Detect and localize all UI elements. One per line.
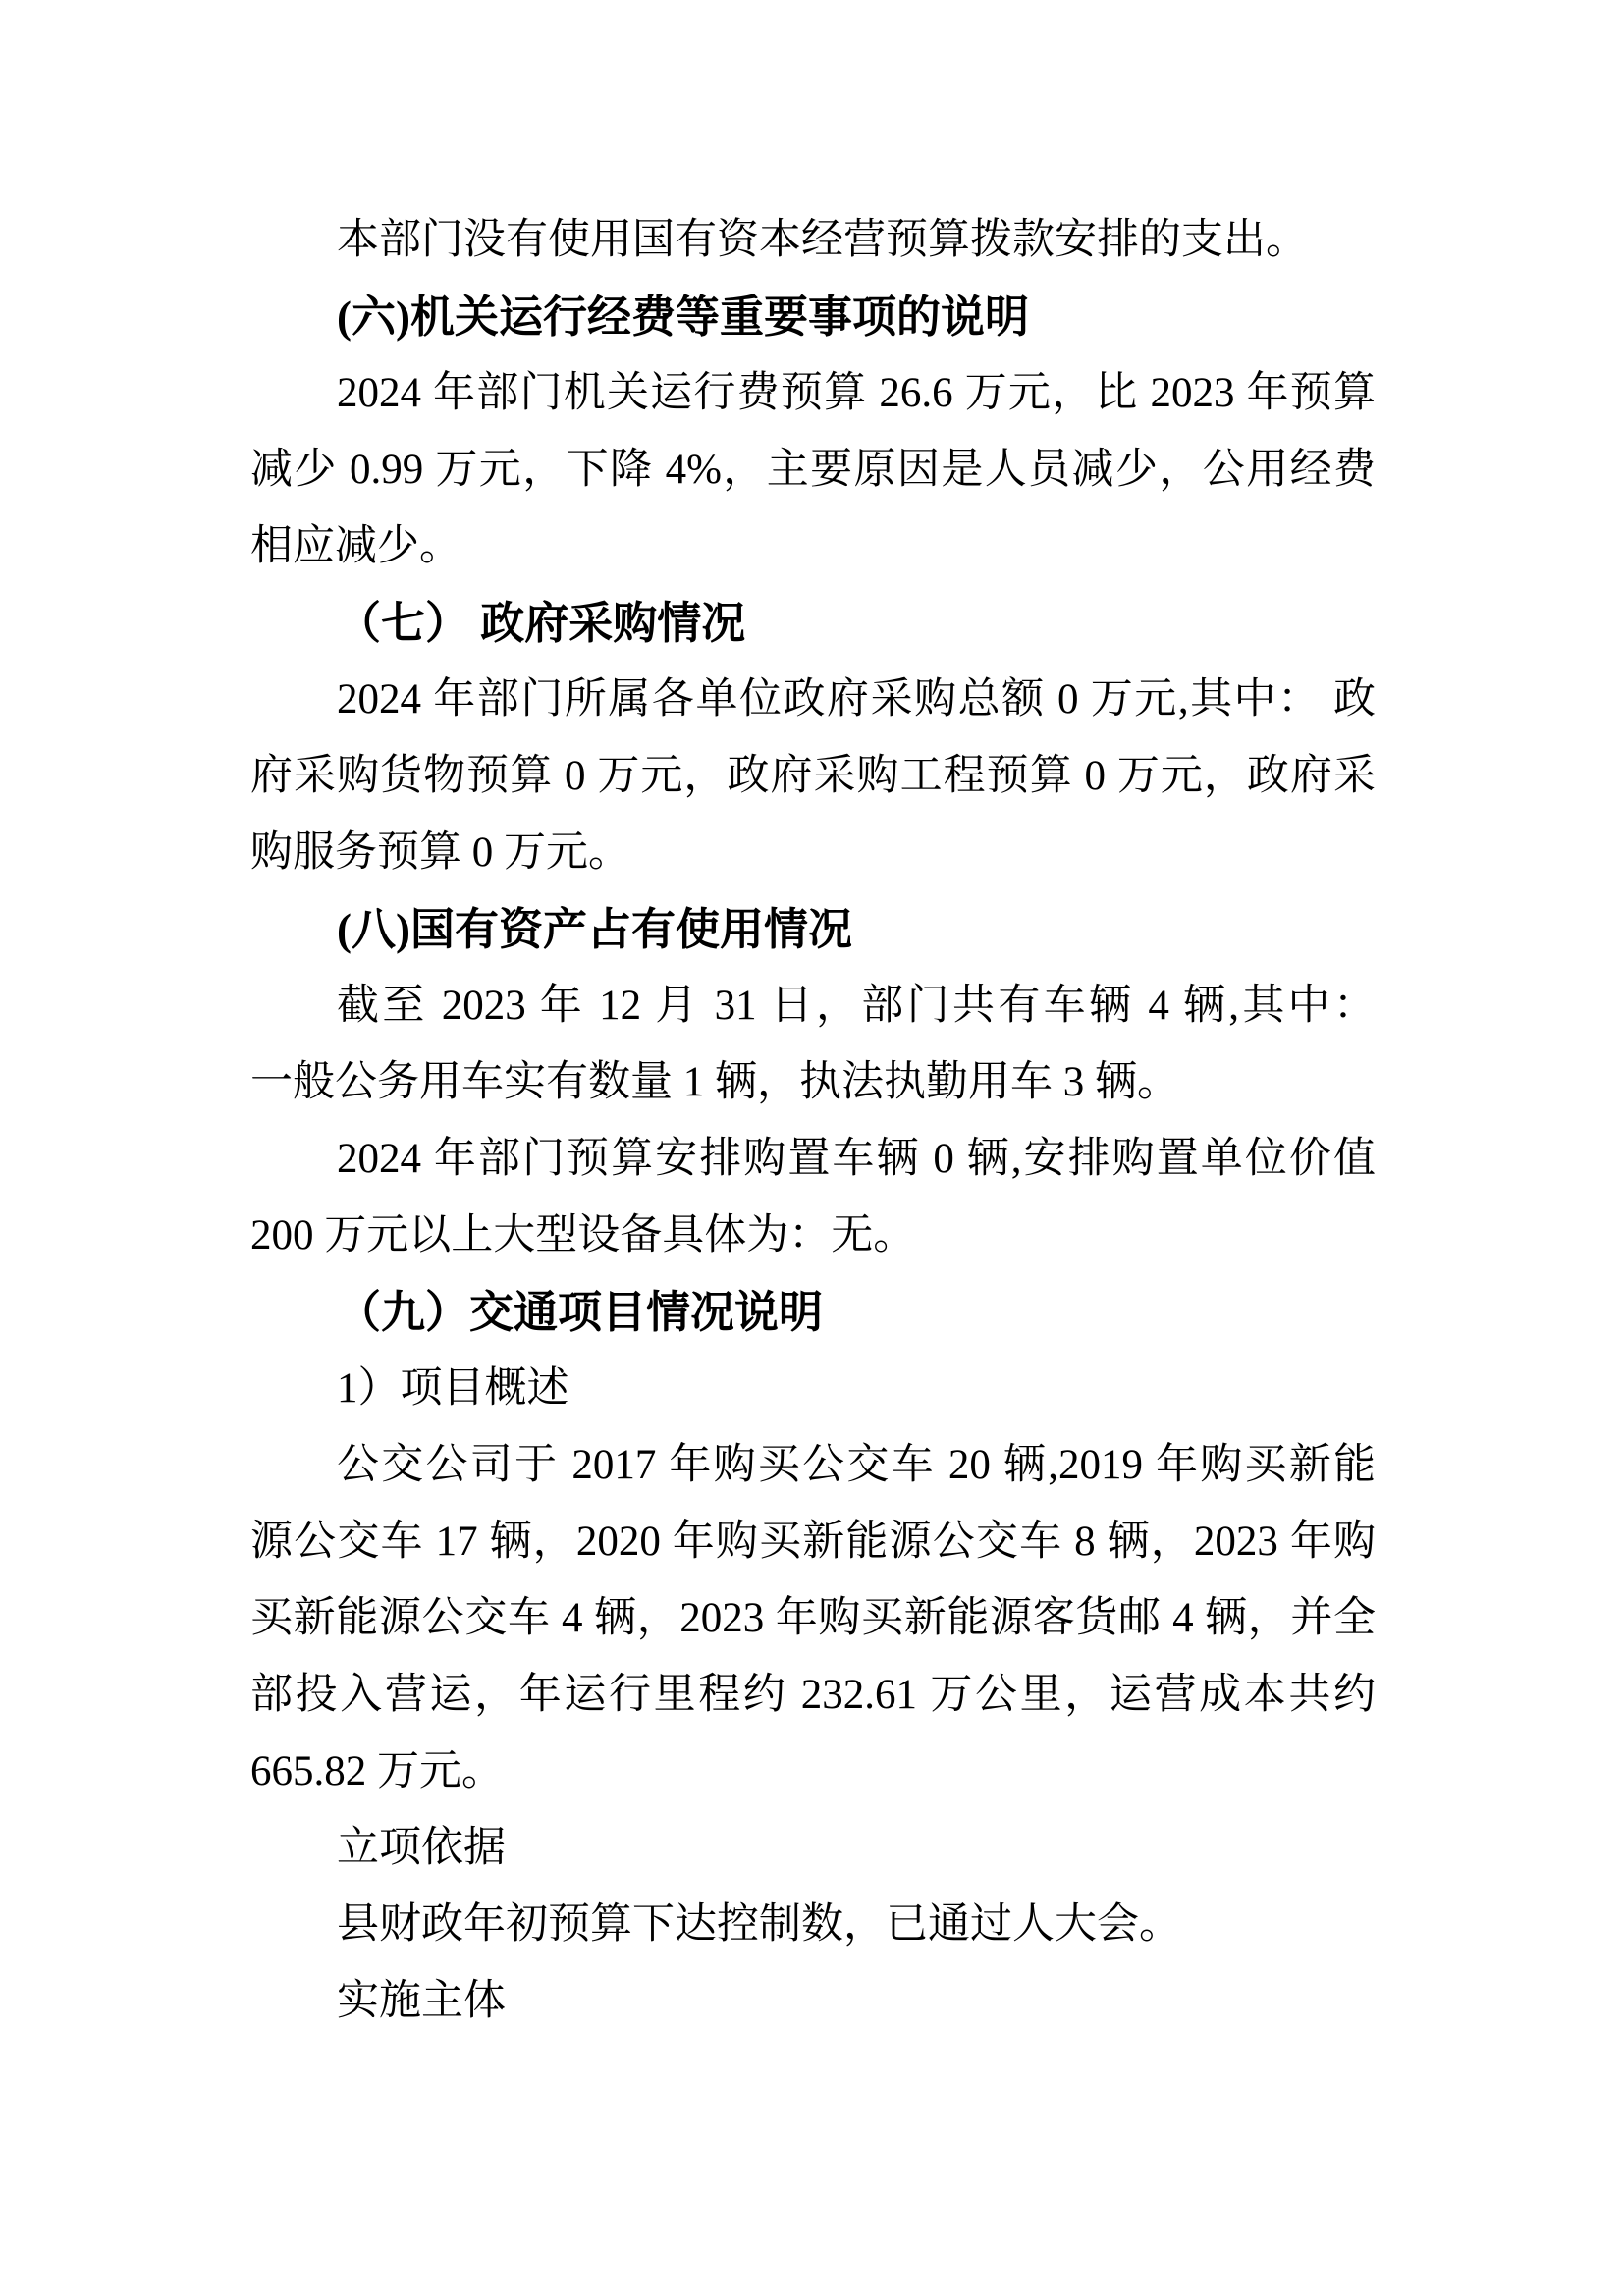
line-implementation-subject-label: 实施主体	[250, 1963, 1376, 2040]
para-vehicle-purchase-line-1: 2024 年部门预算安排购置车辆 0 辆,安排购置单位价值	[250, 1121, 1376, 1198]
para-procurement-line-1: 2024 年部门所属各单位政府采购总额 0 万元,其中： 政	[250, 662, 1376, 738]
para-operating-budget-line-2: 减少 0.99 万元，下降 4%，主要原因是人员减少，公用经费	[250, 432, 1376, 508]
line-project-basis-content: 县财政年初预算下达控制数，已通过人大会。	[250, 1887, 1376, 1963]
para-vehicle-purchase-line-2: 200 万元以上大型设备具体为：无。	[250, 1198, 1376, 1274]
para-bus-company-line-3: 买新能源公交车 4 辆，2023 年购买新能源客货邮 4 辆，并全	[250, 1580, 1376, 1657]
document-page: 本部门没有使用国有资本经营预算拨款安排的支出。 (六)机关运行经费等重要事项的说…	[0, 0, 1624, 2296]
para-vehicles-line-2: 一般公务用车实有数量 1 辆，执法执勤用车 3 辆。	[250, 1044, 1376, 1121]
line-project-overview-label: 1）项目概述	[250, 1351, 1376, 1427]
para-vehicles-line-1: 截至 2023 年 12 月 31 日，部门共有车辆 4 辆,其中：	[250, 968, 1376, 1044]
para-bus-company-line-4: 部投入营运，年运行里程约 232.61 万公里，运营成本共约	[250, 1657, 1376, 1734]
para-procurement-line-2: 府采购货物预算 0 万元，政府采购工程预算 0 万元，政府采	[250, 738, 1376, 815]
para-bus-company-line-5: 665.82 万元。	[250, 1734, 1376, 1810]
para-operating-budget-line-1: 2024 年部门机关运行费预算 26.6 万元，比 2023 年预算	[250, 355, 1376, 432]
heading-9-transport-project: （九）交通项目情况说明	[250, 1274, 1376, 1351]
document-text-block: 本部门没有使用国有资本经营预算拨款安排的支出。 (六)机关运行经费等重要事项的说…	[250, 202, 1376, 2040]
para-bus-company-line-1: 公交公司于 2017 年购买公交车 20 辆,2019 年购买新能	[250, 1427, 1376, 1504]
para-bus-company-line-2: 源公交车 17 辆，2020 年购买新能源公交车 8 辆，2023 年购	[250, 1504, 1376, 1580]
heading-8-state-assets-usage: (八)国有资产占有使用情况	[250, 891, 1376, 968]
para-procurement-line-3: 购服务预算 0 万元。	[250, 815, 1376, 891]
heading-6-agency-operating-funds: (六)机关运行经费等重要事项的说明	[250, 279, 1376, 355]
para-no-state-capital-expense: 本部门没有使用国有资本经营预算拨款安排的支出。	[250, 202, 1376, 279]
para-operating-budget-line-3: 相应减少。	[250, 508, 1376, 585]
line-project-basis-label: 立项依据	[250, 1810, 1376, 1887]
heading-7-government-procurement: （七） 政府采购情况	[250, 585, 1376, 662]
